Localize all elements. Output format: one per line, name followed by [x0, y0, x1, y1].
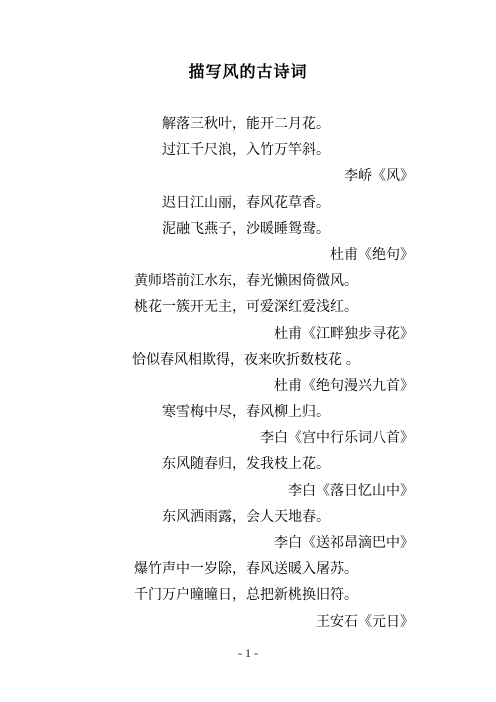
attribution-line: 李白《落日忆山中》: [78, 477, 414, 503]
verse-line: 迟日江山丽，春风花草香。: [78, 189, 414, 215]
attribution-line: 李峤《风》: [78, 162, 414, 188]
verse-line: 千门万户曈曈日，总把新桃换旧符。: [78, 581, 414, 607]
page-number: - 1 -: [0, 646, 496, 661]
verse-line: 寒雪梅中尽，春风柳上归。: [78, 398, 414, 424]
poem-lines: 解落三秋叶，能开二月花。过江千尺浪，入竹万竿斜。李峤《风》迟日江山丽，春风花草香…: [78, 110, 414, 634]
verse-line: 爆竹声中一岁除，春风送暖入屠苏。: [78, 555, 414, 581]
verse-line: 过江千尺浪，入竹万竿斜。: [78, 136, 414, 162]
attribution-line: 李白《宫中行乐词八首》: [78, 424, 414, 450]
attribution-line: 杜甫《江畔独步寻花》: [78, 320, 414, 346]
attribution-line: 王安石《元日》: [78, 608, 414, 634]
verse-line: 恰似春风相欺得，夜来吹折数枝花 。: [78, 346, 414, 372]
verse-line: 解落三秋叶，能开二月花。: [78, 110, 414, 136]
attribution-line: 杜甫《绝句》: [78, 241, 414, 267]
verse-line: 桃花一簇开无主，可爱深红爱浅红。: [78, 293, 414, 319]
verse-line: 泥融飞燕子，沙暖睡鸳鸯。: [78, 215, 414, 241]
attribution-line: 杜甫《绝句漫兴九首》: [78, 372, 414, 398]
verse-line: 东风随春归，发我枝上花。: [78, 450, 414, 476]
verse-line: 东风洒雨露，会人天地春。: [78, 503, 414, 529]
attribution-line: 李白《送祁昂滴巴中》: [78, 529, 414, 555]
document-page: 描写风的古诗词 解落三秋叶，能开二月花。过江千尺浪，入竹万竿斜。李峤《风》迟日江…: [0, 0, 496, 702]
page-title: 描写风的古诗词: [0, 58, 496, 88]
verse-line: 黄师塔前江水东，春光懒困倚微风。: [78, 267, 414, 293]
